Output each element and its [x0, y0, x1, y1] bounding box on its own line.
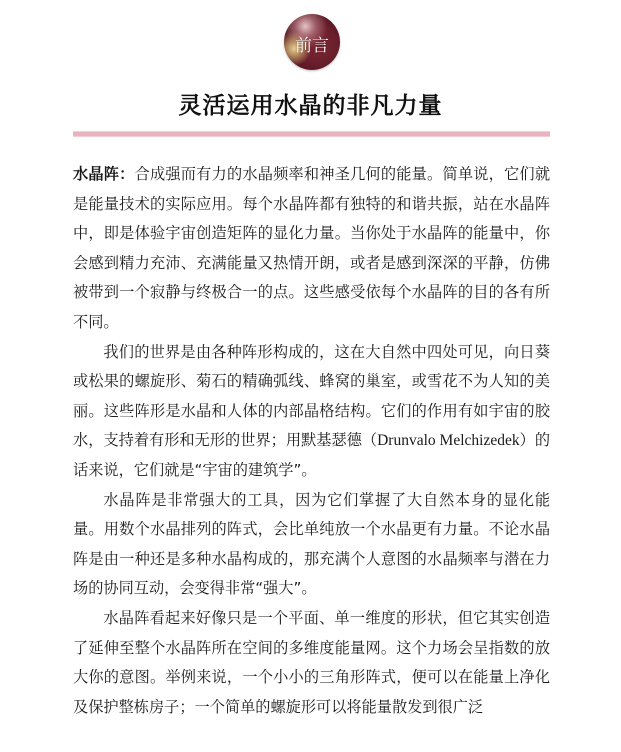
paragraph-2: 我们的世界是由各种阵形构成的，这在大自然中四处可见，向日葵或松果的螺旋形、菊石的…: [73, 338, 550, 486]
section-badge: 前言: [284, 14, 340, 70]
paragraph-1: 水晶阵：合成强而有力的水晶频率和神圣几何的能量。简单说，它们就是能量技术的实际应…: [73, 160, 550, 338]
paragraph-text: 水晶阵是非常强大的工具，因为它们掌握了大自然本身的显化能量。用数个水晶排列的阵式…: [73, 491, 550, 598]
page-title: 灵活运用水晶的非凡力量: [0, 87, 621, 120]
paragraph-4: 水晶阵看起来好像只是一个平面、单一维度的形状，但它其实创造了延伸至整个水晶阵所在…: [73, 604, 550, 722]
latin-name: Drunvalo Melchizedek: [377, 432, 519, 449]
article-body: 水晶阵：合成强而有力的水晶频率和神圣几何的能量。简单说，它们就是能量技术的实际应…: [73, 160, 550, 722]
title-divider: [73, 131, 550, 137]
badge-label: 前言: [295, 31, 329, 56]
lead-term: 水晶阵：: [73, 165, 135, 183]
paragraph-text: 合成强而有力的水晶频率和神圣几何的能量。简单说，它们就是能量技术的实际应用。每个…: [73, 165, 550, 331]
paragraph-text: 水晶阵看起来好像只是一个平面、单一维度的形状，但它其实创造了延伸至整个水晶阵所在…: [73, 609, 550, 716]
paragraph-3: 水晶阵是非常强大的工具，因为它们掌握了大自然本身的显化能量。用数个水晶排列的阵式…: [73, 486, 550, 604]
